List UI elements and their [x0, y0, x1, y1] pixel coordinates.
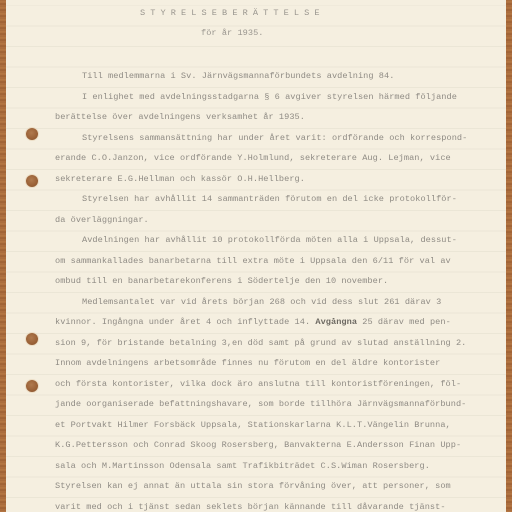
text-line: Styrelsen har avhållit 14 sammanträden f…: [82, 194, 457, 204]
text-line: Innom avdelningens arbetsområde finnes n…: [55, 358, 440, 368]
text-line: Styrelsen kan ej annat än uttala sin sto…: [55, 481, 451, 491]
salutation: Till medlemmarna i Sv. Järnvägsmannaförb…: [82, 71, 394, 81]
text-line: sala och M.Martinsson Odensala samt Traf…: [55, 461, 430, 471]
document-page: STYRELSEBERÄTTELSE för år 1935. Till med…: [6, 0, 506, 512]
text-line: et Portvakt Hilmer Forsbäck Uppsala, Sta…: [55, 420, 451, 430]
punch-hole: [26, 128, 38, 140]
document-title: STYRELSEBERÄTTELSE: [140, 8, 325, 18]
text-line: da överläggningar.: [55, 215, 149, 225]
text-line: Styrelsens sammansättning har under året…: [82, 133, 467, 143]
text-line: sekreterare E.G.Hellman och kassör O.H.H…: [55, 174, 305, 184]
text-line: kvinnor. Ingångna under året 4 och infly…: [55, 317, 451, 327]
text-line: Avdelningen har avhållit 10 protokollför…: [82, 235, 457, 245]
text-line: sion 9, för bristande betalning 3,en död…: [55, 338, 466, 348]
text-line: Medlemsantalet var vid årets början 268 …: [82, 297, 441, 307]
text-line: och första kontorister, vilka dock äro a…: [55, 379, 461, 389]
text-line: berättelse över avdelningens verksamhet …: [55, 112, 305, 122]
text-line: varit med och i tjänst sedan seklets bör…: [55, 502, 446, 512]
text-line: jande oorganiserade befattningshavare, s…: [55, 399, 466, 409]
corkboard-right-edge: [506, 0, 512, 512]
text-line: om sammankallades banarbetarna till extr…: [55, 256, 451, 266]
text-segment: 25 därav med pen-: [362, 317, 451, 327]
punch-hole: [26, 175, 38, 187]
text-line: ombud till en banarbetarekonferens i Söd…: [55, 276, 388, 286]
document-subtitle: för år 1935.: [201, 28, 264, 38]
bold-word: Avgångna: [315, 317, 357, 327]
punch-hole: [26, 380, 38, 392]
text-line: erande C.O.Janzon, vice ordförande Y.Hol…: [55, 153, 451, 163]
text-line: K.G.Pettersson och Conrad Skoog Rosersbe…: [55, 440, 461, 450]
punch-hole: [26, 333, 38, 345]
text-line: I enlighet med avdelningsstadgarna § 6 a…: [82, 92, 457, 102]
text-segment: kvinnor. Ingångna under året 4 och infly…: [55, 317, 310, 327]
